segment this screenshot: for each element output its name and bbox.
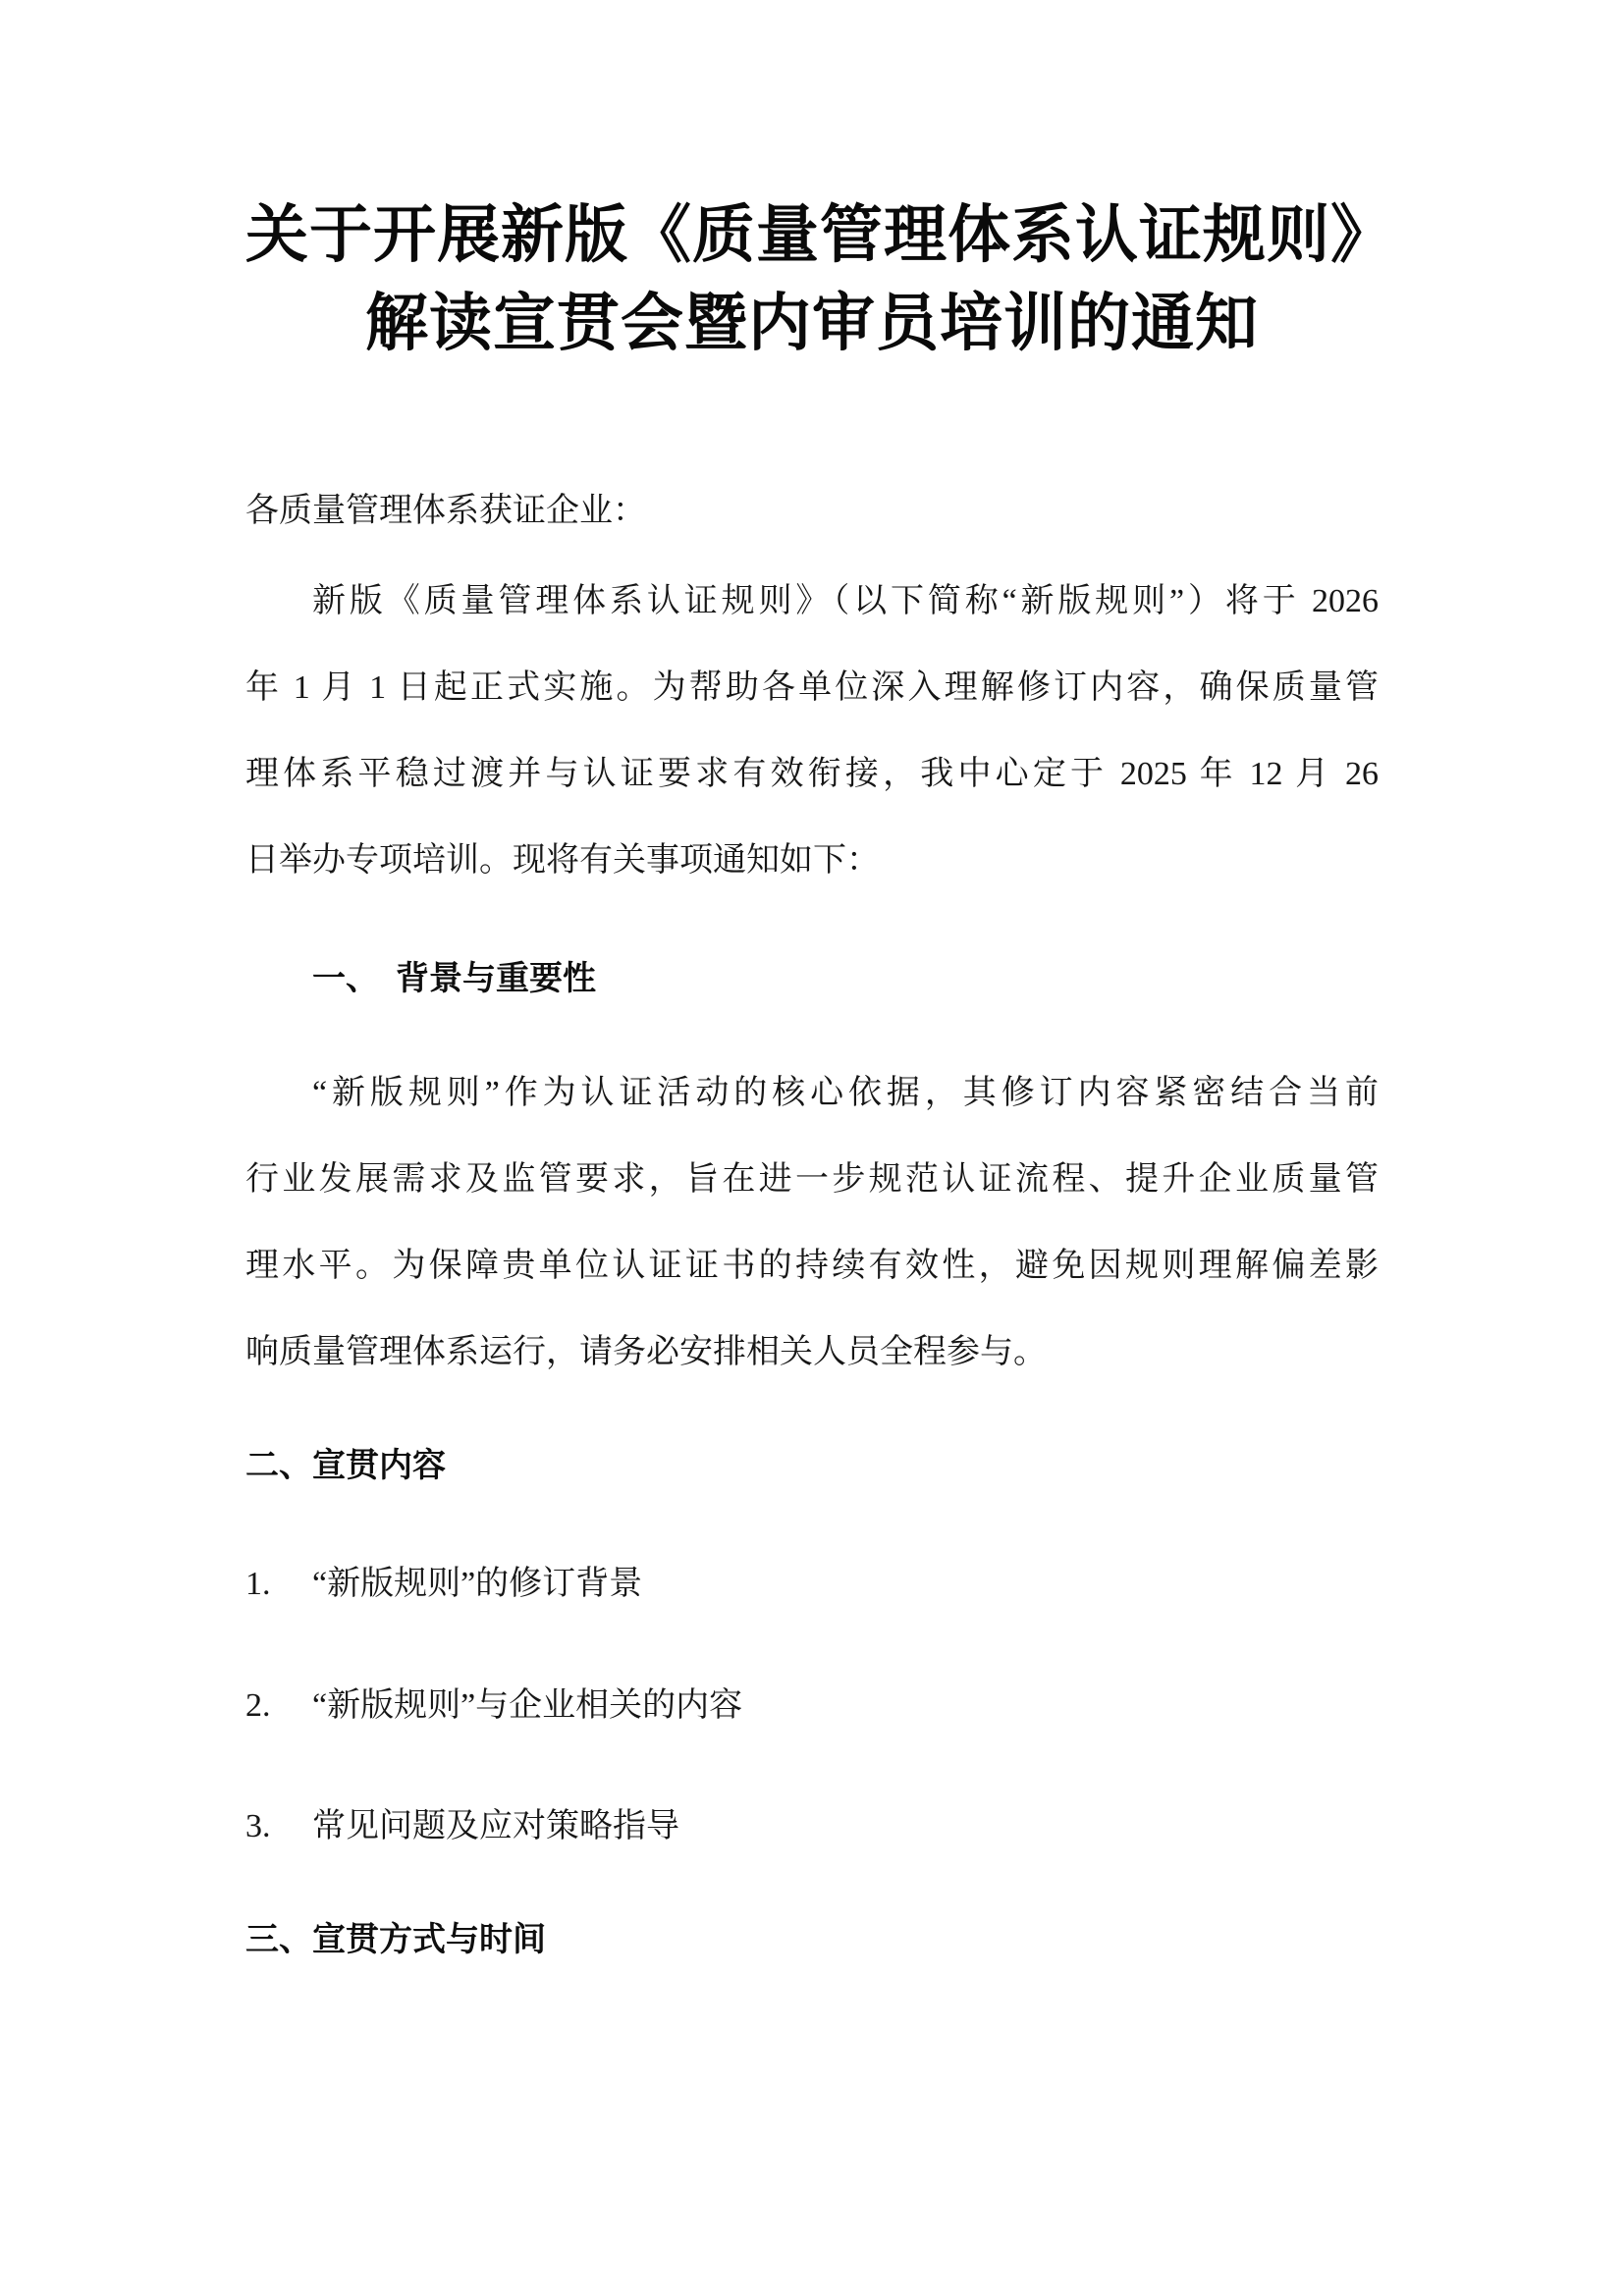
background-paragraph: “新版规则”作为认证活动的核心依据，其修订内容紧密结合当前 行业发展需求及监管要… — [245, 1050, 1379, 1396]
intro-line-3: 理体系平稳过渡并与认证要求有效衔接，我中心定于 2025 年 12 月 26 — [245, 731, 1379, 818]
list-item-3-number: 3. — [245, 1784, 312, 1870]
intro-line-4: 日举办专项培训。现将有关事项通知如下： — [245, 818, 1379, 904]
title-line-1: 关于开展新版《质量管理体系认证规则》 — [245, 191, 1379, 280]
list-item-2-number: 2. — [245, 1663, 312, 1749]
background-line-2: 行业发展需求及监管要求，旨在进一步规范认证流程、提升企业质量管 — [245, 1137, 1379, 1223]
intro-line-1: 新版《质量管理体系认证规则》（以下简称“新版规则”）将于 2026 — [245, 559, 1379, 645]
greeting-line: 各质量管理体系获证企业： — [245, 468, 1379, 555]
background-line-3: 理水平。为保障贵单位认证证书的持续有效性，避免因规则理解偏差影 — [245, 1223, 1379, 1309]
section-heading-method: 三、宣贯方式与时间 — [245, 1897, 1379, 1984]
background-line-1: “新版规则”作为认证活动的核心依据，其修订内容紧密结合当前 — [245, 1050, 1379, 1137]
list-item-2: 2. “新版规则”与企业相关的内容 — [245, 1663, 1379, 1749]
intro-line-2: 年 1 月 1 日起正式实施。为帮助各单位深入理解修订内容，确保质量管 — [245, 645, 1379, 731]
list-item-1: 1. “新版规则”的修订背景 — [245, 1541, 1379, 1628]
document-title: 关于开展新版《质量管理体系认证规则》 解读宣贯会暨内审员培训的通知 — [245, 191, 1379, 368]
list-item-3-text: 常见问题及应对策略指导 — [312, 1784, 679, 1870]
document-page: 关于开展新版《质量管理体系认证规则》 解读宣贯会暨内审员培训的通知 各质量管理体… — [0, 0, 1624, 2296]
section-heading-background: 一、 背景与重要性 — [245, 936, 1379, 1023]
section-heading-content: 二、宣贯内容 — [245, 1423, 1379, 1510]
title-line-2: 解读宣贯会暨内审员培训的通知 — [245, 280, 1379, 368]
list-item-1-number: 1. — [245, 1541, 312, 1628]
list-item-1-text: “新版规则”的修订背景 — [312, 1541, 642, 1628]
background-line-4: 响质量管理体系运行，请务必安排相关人员全程参与。 — [245, 1309, 1379, 1396]
intro-paragraph: 新版《质量管理体系认证规则》（以下简称“新版规则”）将于 2026 年 1 月 … — [245, 559, 1379, 904]
list-item-2-text: “新版规则”与企业相关的内容 — [312, 1663, 742, 1749]
list-item-3: 3. 常见问题及应对策略指导 — [245, 1784, 1379, 1870]
